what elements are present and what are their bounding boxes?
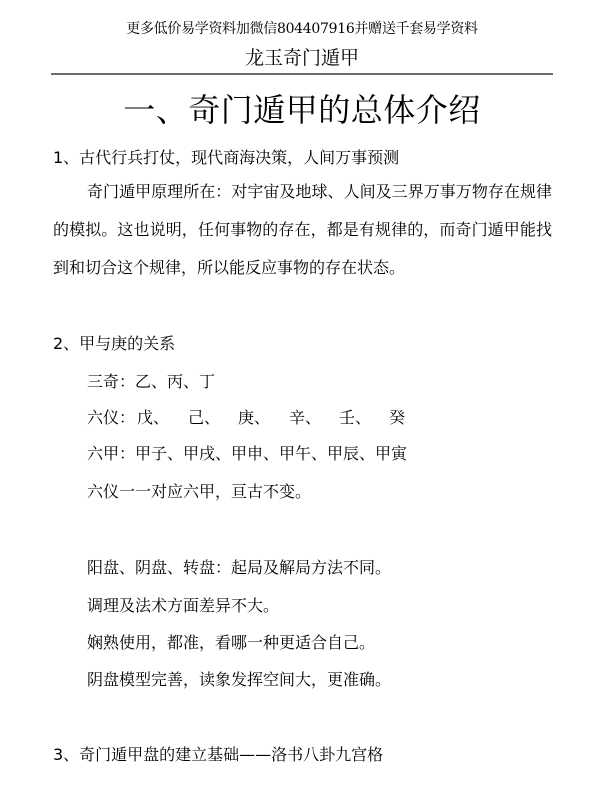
note-line-3: 娴熟使用，都准，看哪一种更适合自己。 (87, 632, 375, 654)
liujia-line: 六甲：甲子、甲戌、甲申、甲午、甲辰、甲寅 (87, 443, 407, 465)
liuyi-label: 六仪： (87, 407, 135, 429)
liuyi-item-wu: 戊、 (137, 407, 169, 429)
liuyi-line: 六仪： 戊、 己、 庚、 辛、 壬、 癸 (87, 407, 417, 429)
liuyi-item-geng: 庚、 (238, 407, 270, 429)
liuyi-item-xin: 辛、 (289, 407, 321, 429)
top-banner-text: 更多低价易学资料加微信804407916并赠送千套易学资料 (0, 19, 604, 39)
correspondence-line: 六仪一一对应六甲，亘古不变。 (87, 481, 311, 503)
section-1-heading: 1、古代行兵打仗，现代商海决策，人间万事预测 (53, 147, 399, 169)
header-divider (51, 73, 553, 75)
document-title: 龙玉奇门遁甲 (0, 46, 604, 70)
liuyi-item-ren: 壬、 (339, 407, 371, 429)
section-2-heading: 2、甲与庚的关系 (53, 333, 175, 355)
sanqi-line: 三奇：乙、丙、丁 (87, 371, 215, 393)
main-heading: 一、奇门遁甲的总体介绍 (0, 89, 604, 131)
section-1-paragraph: 奇门遁甲原理所在：对宇宙及地球、人间及三界万事万物存在规律的模拟。这也说明，任何… (53, 173, 552, 287)
note-line-2: 调理及法术方面差异不大。 (87, 595, 279, 617)
note-line-1: 阳盘、阴盘、转盘：起局及解局方法不同。 (87, 557, 391, 579)
section-3-heading: 3、奇门遁甲盘的建立基础——洛书八卦九宫格 (53, 744, 383, 766)
liuyi-item-gui: 癸 (389, 407, 405, 429)
note-line-4: 阴盘模型完善，读象发挥空间大，更准确。 (87, 669, 391, 691)
liuyi-item-ji: 己、 (188, 407, 220, 429)
